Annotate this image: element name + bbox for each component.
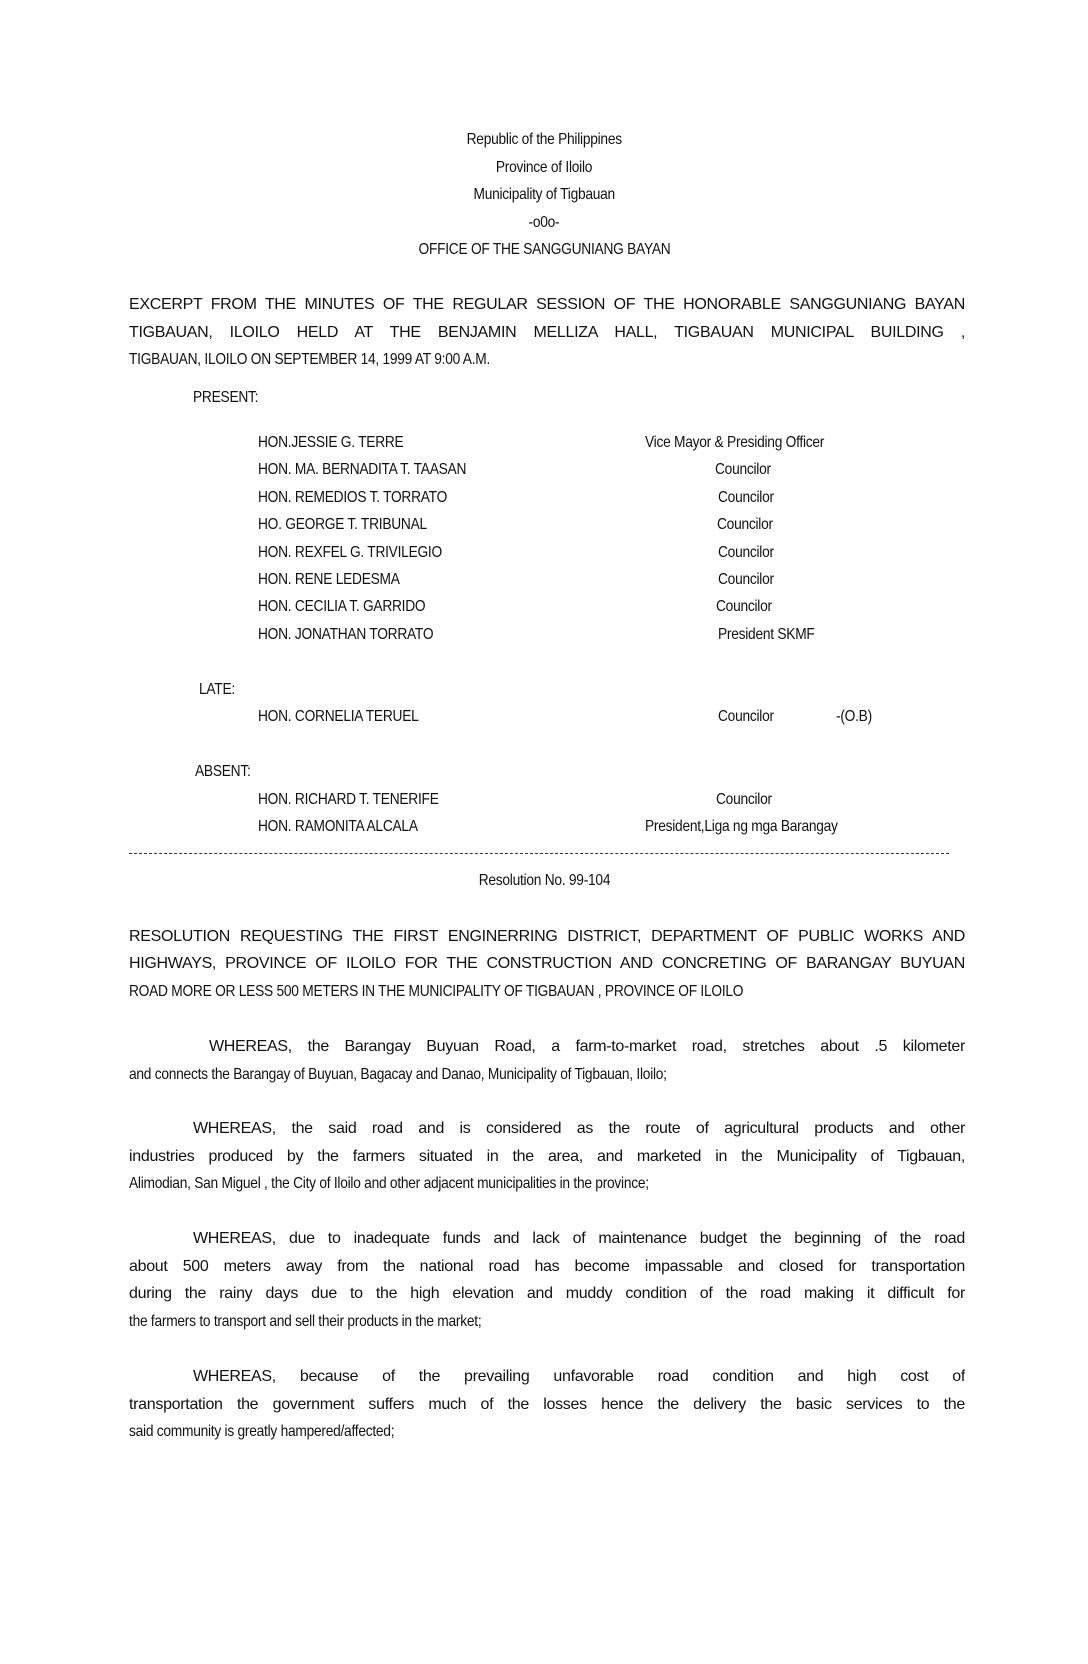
attendee-role: Councilor xyxy=(716,790,772,810)
dashed-divider xyxy=(129,853,949,854)
attendee-role: Councilor xyxy=(716,597,772,617)
whereas-line: WHEREAS, the said road and is considered… xyxy=(193,1119,965,1139)
header-separator: -o0o- xyxy=(0,213,1088,233)
resolution-title-line: ROAD MORE OR LESS 500 METERS IN THE MUNI… xyxy=(129,982,965,1002)
whereas-line: said community is greatly hampered/affec… xyxy=(129,1422,965,1442)
resolution-title-line: RESOLUTION REQUESTING THE FIRST ENGINERR… xyxy=(129,927,965,947)
attendee-name: HON. RICHARD T. TENERIFE xyxy=(258,790,439,810)
whereas-line: WHEREAS, because of the prevailing unfav… xyxy=(193,1367,965,1387)
late-label: LATE: xyxy=(199,680,235,700)
attendee-name: HON. MA. BERNADITA T. TAASAN xyxy=(258,460,466,480)
whereas-line: WHEREAS, due to inadequate funds and lac… xyxy=(193,1229,965,1249)
whereas-line: WHEREAS, the Barangay Buyuan Road, a far… xyxy=(209,1037,965,1057)
whereas-line: and connects the Barangay of Buyuan, Bag… xyxy=(129,1065,965,1085)
resolution-number: Resolution No. 99-104 xyxy=(0,871,1088,891)
excerpt-line: TIGBAUAN, ILOILO HELD AT THE BENJAMIN ME… xyxy=(129,323,965,343)
attendee-name: HON. CECILIA T. GARRIDO xyxy=(258,597,425,617)
attendee-role: Councilor xyxy=(718,488,774,508)
attendee-role: Councilor xyxy=(717,515,773,535)
attendee-role: Councilor xyxy=(715,460,771,480)
excerpt-line: TIGBAUAN, ILOILO ON SEPTEMBER 14, 1999 A… xyxy=(129,350,965,370)
whereas-line: the farmers to transport and sell their … xyxy=(129,1312,965,1332)
attendee-role: Councilor xyxy=(718,570,774,590)
whereas-line: transportation the government suffers mu… xyxy=(129,1395,965,1415)
document-page: Republic of the Philippines Province of … xyxy=(0,0,1088,1664)
attendee-note: -(O.B) xyxy=(836,707,872,727)
attendee-role: President,Liga ng mga Barangay xyxy=(645,817,838,837)
header-republic: Republic of the Philippines xyxy=(0,130,1088,150)
attendee-role: Vice Mayor & Presiding Officer xyxy=(645,433,824,453)
attendee-name: HON. CORNELIA TERUEL xyxy=(258,707,419,727)
attendee-role: Councilor xyxy=(718,543,774,563)
present-label: PRESENT: xyxy=(193,388,258,408)
attendee-name: HO. GEORGE T. TRIBUNAL xyxy=(258,515,427,535)
whereas-line: about 500 meters away from the national … xyxy=(129,1257,965,1277)
attendee-name: HON. REXFEL G. TRIVILEGIO xyxy=(258,543,442,563)
resolution-title-line: HIGHWAYS, PROVINCE OF ILOILO FOR THE CON… xyxy=(129,954,965,974)
attendee-name: HON. RAMONITA ALCALA xyxy=(258,817,418,837)
absent-label: ABSENT: xyxy=(195,762,251,782)
attendee-name: HON. JONATHAN TORRATO xyxy=(258,625,433,645)
whereas-line: industries produced by the farmers situa… xyxy=(129,1147,965,1167)
whereas-line: during the rainy days due to the high el… xyxy=(129,1284,965,1304)
header-province: Province of Iloilo xyxy=(0,158,1088,178)
header-office: OFFICE OF THE SANGGUNIANG BAYAN xyxy=(0,240,1088,260)
excerpt-line: EXCERPT FROM THE MINUTES OF THE REGULAR … xyxy=(129,295,965,315)
whereas-line: Alimodian, San Miguel , the City of Iloi… xyxy=(129,1174,965,1194)
attendee-role: Councilor xyxy=(718,707,774,727)
header-municipality: Municipality of Tigbauan xyxy=(0,185,1088,205)
attendee-name: HON.JESSIE G. TERRE xyxy=(258,433,403,453)
attendee-role: President SKMF xyxy=(718,625,815,645)
attendee-name: HON. REMEDIOS T. TORRATO xyxy=(258,488,447,508)
attendee-name: HON. RENE LEDESMA xyxy=(258,570,400,590)
